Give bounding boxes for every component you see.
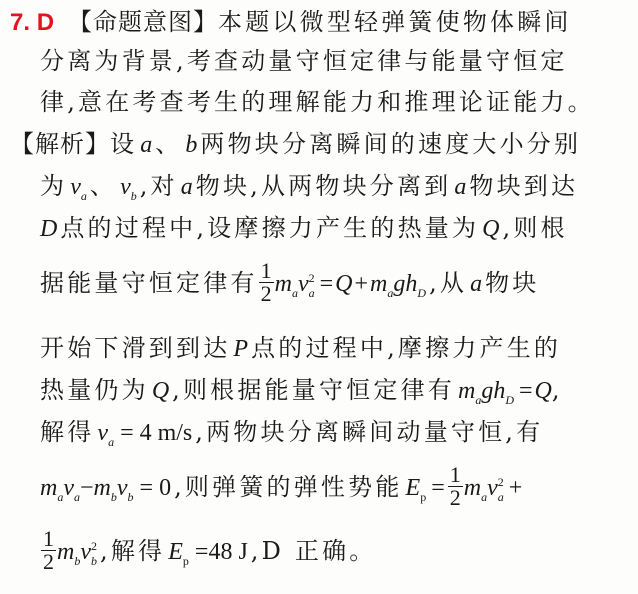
- text: ,解得: [100, 537, 165, 565]
- text: 开始下滑到到达: [40, 334, 230, 362]
- line-3: 律,意在考查考生的理解能力和推理论证能力。: [40, 82, 595, 122]
- line-1: 7. D【命题意图】本题以微型轻弹簧使物体瞬间: [10, 2, 572, 42]
- velocity-vb: vb: [120, 174, 137, 200]
- variable-Q: Q: [335, 271, 352, 297]
- velocity-va: va: [97, 420, 114, 446]
- variable-Q: Q: [152, 378, 169, 404]
- intent-text: 律,意在考查考生的理解能力和推理论证能力。: [40, 88, 595, 116]
- potential-energy-term: maghD: [458, 378, 514, 404]
- text: ,则根: [503, 214, 568, 242]
- line-12: 12mbv2b,解得Ep=48 J,D 正确。: [40, 530, 376, 570]
- intent-heading: 【命题意图】: [68, 8, 218, 36]
- text: 两物块分离瞬间的速度大小分别: [200, 130, 581, 158]
- line-10: 解得va= 4 m/s,两物块分离瞬间动量守恒,有: [40, 412, 543, 452]
- line-9: 热量仍为Q,则根据能量守恒定律有maghD=Q,: [40, 370, 563, 410]
- variable-Q: Q: [535, 378, 552, 404]
- text: 物块到达: [469, 172, 578, 200]
- text: 点的过程中,摩擦力产生的: [251, 334, 561, 362]
- variable-a: a: [454, 174, 466, 200]
- equals-zero: = 0: [140, 475, 172, 501]
- variable-b: b: [185, 132, 197, 158]
- plus: +: [509, 475, 523, 501]
- velocity-va: va: [70, 174, 87, 200]
- text: 据能量守恒定律有: [40, 269, 258, 297]
- text: ,两物块分离瞬间动量守恒,有: [195, 418, 543, 446]
- answer-number: 7.: [10, 9, 30, 36]
- text: 热量仍为: [40, 376, 149, 404]
- answer-marker: 7. D: [10, 9, 54, 36]
- conclusion-text: ,D 正确。: [251, 537, 377, 565]
- fraction-half: 12: [448, 464, 463, 509]
- text: 点的过程中,设摩擦力产生的热量为: [60, 214, 479, 242]
- variable-a: a: [140, 132, 152, 158]
- line-8: 开始下滑到到达P点的过程中,摩擦力产生的: [40, 328, 561, 368]
- text: ,从: [429, 269, 467, 297]
- intent-text: 本题以微型轻弹簧使物体瞬间: [218, 8, 572, 36]
- kinetic-energy-term: mav2a: [464, 475, 504, 501]
- variable-a: a: [470, 271, 482, 297]
- line-11: mava−mbvb= 0,则弹簧的弹性势能Ep=12mav2a+: [40, 466, 524, 506]
- momentum-equation: mava−mbvb: [40, 475, 134, 501]
- variable-a: a: [181, 174, 193, 200]
- equals: =: [431, 475, 445, 501]
- energy-value: =48 J: [195, 539, 248, 565]
- line-6: D点的过程中,设摩擦力产生的热量为Q,则根: [40, 208, 568, 248]
- fraction-half: 12: [41, 528, 56, 573]
- text: ,则根据能量守恒定律有: [172, 376, 455, 404]
- line-5: 为va、vb,对a物块,从两物块分离到a物块到达: [40, 166, 578, 206]
- text: 物块,从两物块分离到: [196, 172, 452, 200]
- elastic-potential-energy: Ep: [168, 539, 189, 565]
- text: 物块: [485, 269, 539, 297]
- point-P: P: [233, 336, 248, 362]
- elastic-potential-energy: Ep: [406, 475, 427, 501]
- analysis-heading: 【解析】: [10, 130, 110, 158]
- fraction-half: 12: [259, 260, 274, 305]
- intent-text: 分离为背景,考查动量守恒定律与能量守恒定: [40, 47, 568, 75]
- text: 设: [110, 130, 137, 158]
- point-D: D: [40, 216, 57, 242]
- line-2: 分离为背景,考查动量守恒定律与能量守恒定: [40, 41, 568, 81]
- text: 、: [155, 130, 182, 158]
- velocity-value: = 4 m/s: [120, 420, 192, 446]
- line-4: 【解析】设a、b两物块分离瞬间的速度大小分别: [10, 124, 581, 164]
- variable-Q: Q: [482, 216, 499, 242]
- kinetic-energy-term: mav2a: [275, 271, 315, 297]
- text: ,则弹簧的弹性势能: [174, 473, 402, 501]
- text: 、: [90, 172, 117, 200]
- plus: +: [355, 271, 369, 297]
- text: 解得: [40, 418, 94, 446]
- text: ,: [552, 376, 563, 404]
- text: ,对: [140, 172, 178, 200]
- equals: =: [519, 378, 533, 404]
- potential-energy-term: maghD: [370, 271, 426, 297]
- kinetic-energy-term: mbv2b: [57, 539, 97, 565]
- answer-letter: D: [37, 9, 54, 36]
- line-7: 据能量守恒定律有12mav2a=Q+maghD,从a物块: [40, 262, 540, 302]
- text: 为: [40, 172, 67, 200]
- answer-explanation-page: 7. D【命题意图】本题以微型轻弹簧使物体瞬间 分离为背景,考查动量守恒定律与能…: [0, 0, 638, 594]
- equals: =: [320, 271, 334, 297]
